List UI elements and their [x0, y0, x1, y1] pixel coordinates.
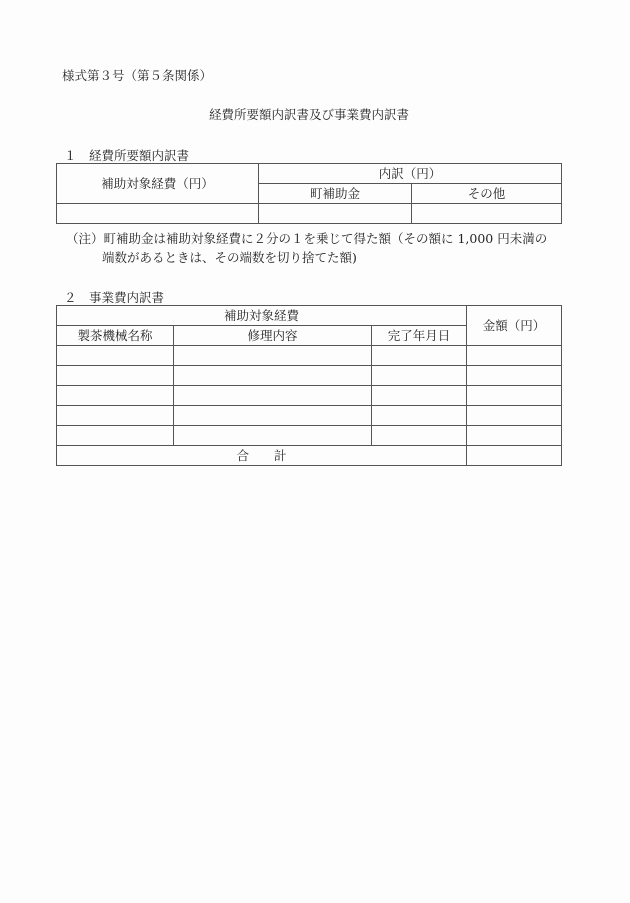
header-machine-name: 製茶機械名称: [57, 326, 174, 346]
cell-machine[interactable]: [57, 346, 174, 366]
section2-heading: ２ 事業費内訳書: [64, 288, 164, 306]
cell-repair[interactable]: [174, 346, 372, 366]
cell-repair[interactable]: [174, 426, 372, 446]
cell-date[interactable]: [372, 406, 467, 426]
table-row: [57, 204, 562, 224]
cell-machine[interactable]: [57, 386, 174, 406]
cell-subsidy-target[interactable]: [57, 204, 259, 224]
header-subsidy-target: 補助対象経費（円）: [57, 164, 259, 204]
total-row: 合 計: [57, 446, 562, 466]
header-subsidy-target-group: 補助対象経費: [57, 306, 467, 326]
table-row: [57, 346, 562, 366]
cell-amount[interactable]: [467, 346, 562, 366]
note-line-1: （注）町補助金は補助対象経費に２分の１を乗じて得た額（その額に 1,000 円未…: [66, 229, 547, 247]
note-line-2: 端数があるときは、その端数を切り捨てた額): [102, 248, 357, 266]
total-amount[interactable]: [467, 446, 562, 466]
cell-amount[interactable]: [467, 366, 562, 386]
document-title: 経費所要額内訳書及び事業費内訳書: [209, 105, 409, 123]
header-breakdown: 内訳（円）: [259, 164, 562, 184]
header-amount: 金額（円）: [467, 306, 562, 346]
cell-town-subsidy[interactable]: [259, 204, 412, 224]
project-cost-table: 補助対象経費 金額（円） 製茶機械名称 修理内容 完了年月日 合 計: [56, 305, 562, 466]
cell-amount[interactable]: [467, 406, 562, 426]
table-row: [57, 386, 562, 406]
cell-repair[interactable]: [174, 406, 372, 426]
section1-heading: １ 経費所要額内訳書: [64, 146, 189, 164]
cell-repair[interactable]: [174, 366, 372, 386]
header-repair-content: 修理内容: [174, 326, 372, 346]
header-completion-date: 完了年月日: [372, 326, 467, 346]
cell-date[interactable]: [372, 366, 467, 386]
form-number: 様式第３号（第５条関係）: [62, 66, 212, 84]
header-other: その他: [412, 184, 562, 204]
cell-other[interactable]: [412, 204, 562, 224]
cell-date[interactable]: [372, 426, 467, 446]
cell-amount[interactable]: [467, 426, 562, 446]
table-row: [57, 366, 562, 386]
cell-amount[interactable]: [467, 386, 562, 406]
cell-machine[interactable]: [57, 366, 174, 386]
header-town-subsidy: 町補助金: [259, 184, 412, 204]
cell-date[interactable]: [372, 386, 467, 406]
cell-date[interactable]: [372, 346, 467, 366]
cell-machine[interactable]: [57, 426, 174, 446]
cell-machine[interactable]: [57, 406, 174, 426]
expense-breakdown-table: 補助対象経費（円） 内訳（円） 町補助金 その他: [56, 163, 562, 224]
table-row: [57, 426, 562, 446]
total-label: 合 計: [57, 446, 467, 466]
table-row: [57, 406, 562, 426]
cell-repair[interactable]: [174, 386, 372, 406]
